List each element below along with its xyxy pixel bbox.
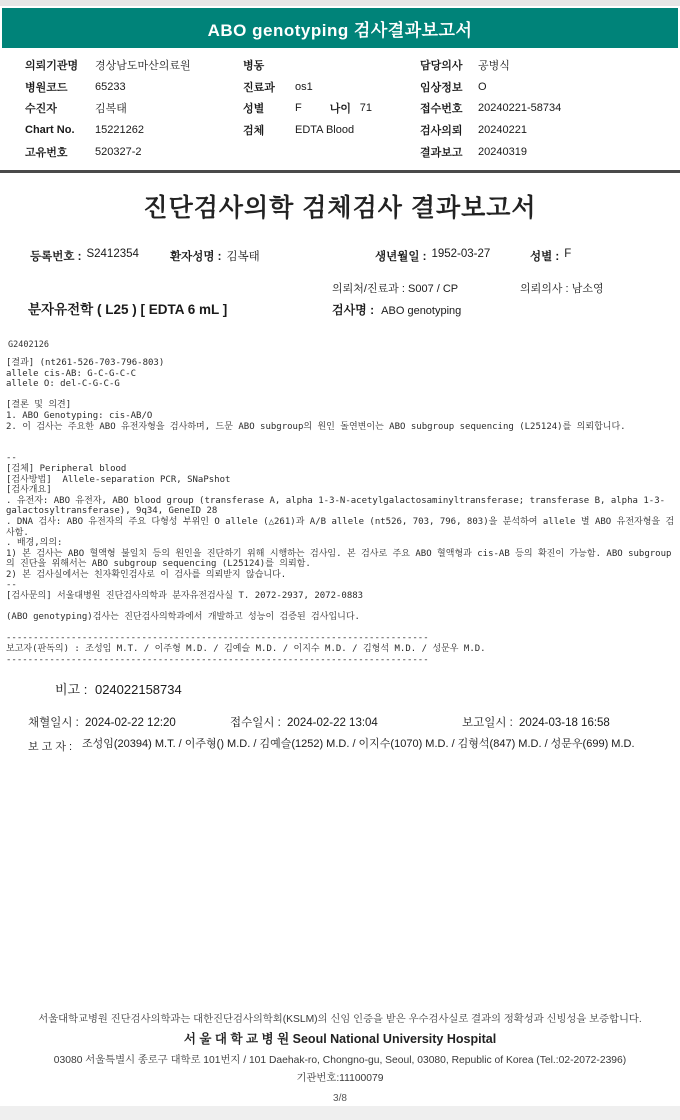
field-value: 김복태 xyxy=(95,100,127,116)
field-label: 임상정보 xyxy=(420,79,478,95)
field-value: 조성임(20394) M.T. / 이주형() M.D. / 김예슬(1252)… xyxy=(82,738,680,754)
header-divider xyxy=(0,170,680,173)
field-value: os1 xyxy=(295,81,313,93)
field-value: O xyxy=(478,81,487,93)
field-label: 병동 xyxy=(243,57,295,73)
test-name: 검사명 : ABO genotyping xyxy=(332,301,461,318)
header-col-clinical: 병동 진료과 os1 성별 F 나이 71 검체 EDTA Blood xyxy=(243,54,372,141)
bottom-strip xyxy=(0,1106,680,1120)
lab-report-page: ABO genotyping 검사결과보고서 의뢰기관명 경상남도마산의료원 병… xyxy=(0,0,680,1120)
field-label: 결과보고 xyxy=(420,144,478,160)
reporters-row: 보 고 자 : 조성임(20394) M.T. / 이주형() M.D. / 김… xyxy=(28,738,680,754)
field-label: 의뢰기관명 xyxy=(25,57,95,73)
field-label: 채혈일시 : xyxy=(28,717,79,729)
field-label: 검체 xyxy=(243,122,295,138)
field-label: 환자성명 : xyxy=(170,248,221,264)
field-value: 024022158734 xyxy=(95,682,182,697)
field-value: 20240221-58734 xyxy=(478,102,561,114)
field-label: 성별 : xyxy=(530,248,559,264)
field-label: 비고 : xyxy=(55,682,87,697)
field-label: 검사의뢰 xyxy=(420,122,478,138)
top-strip xyxy=(0,0,680,6)
report-body-text: [결과] (nt261-526-703-796-803) allele cis-… xyxy=(6,358,676,665)
hospital-name: 서 울 대 학 교 병 원 Seoul National University … xyxy=(0,1029,680,1047)
page-footer: 서울대학교병원 진단검사의학과는 대한진단검사의학회(KSLM)의 신임 인증을… xyxy=(0,1010,680,1104)
field-value: 20240221 xyxy=(478,124,527,136)
header-row: 고유번호 520327-2 xyxy=(25,141,191,163)
header-row: 담당의사 공병식 xyxy=(420,54,561,76)
header-row: 수진자 김복태 xyxy=(25,98,191,120)
dates-row: 채혈일시 : 2024-02-22 12:20 접수일시 : 2024-02-2… xyxy=(28,714,680,730)
header-col-reception: 담당의사 공병식 임상정보 O 접수번호 20240221-58734 검사의뢰… xyxy=(420,54,561,163)
header-row: 병원코드 65233 xyxy=(25,76,191,98)
field-value: 20240319 xyxy=(478,146,527,158)
field-label: 담당의사 xyxy=(420,57,478,73)
field-label: 보 고 자 : xyxy=(28,738,78,754)
field-label: 검사명 : xyxy=(332,303,374,317)
field-label: 의뢰의사 : xyxy=(520,283,569,295)
field-label: 고유번호 xyxy=(25,144,95,160)
age-value: 71 xyxy=(360,102,372,114)
field-value: F xyxy=(564,248,571,264)
field-label: 진료과 xyxy=(243,79,295,95)
field-value: EDTA Blood xyxy=(295,124,354,136)
header-row: 검체 EDTA Blood xyxy=(243,119,372,141)
hospital-address: 03080 서울특별시 종로구 대학로 101번지 / 101 Daehak-r… xyxy=(0,1051,680,1066)
field-value: 남소영 xyxy=(572,283,604,295)
header-row: 검사의뢰 20240221 xyxy=(420,119,561,141)
report-banner: ABO genotyping 검사결과보고서 xyxy=(2,8,678,48)
field-label: 등록번호 : xyxy=(30,248,81,264)
document-title: 진단검사의학 검체검사 결과보고서 xyxy=(0,188,680,224)
header-row: 의뢰기관명 경상남도마산의료원 xyxy=(25,54,191,76)
referring-doctor: 의뢰의사 : 남소영 xyxy=(520,280,604,296)
field-label: 성별 xyxy=(243,100,295,116)
collection-datetime: 채혈일시 : 2024-02-22 12:20 xyxy=(28,714,230,730)
header-col-institution: 의뢰기관명 경상남도마산의료원 병원코드 65233 수진자 김복태 Chart… xyxy=(25,54,191,163)
header-row: 병동 xyxy=(243,54,372,76)
field-label: 병원코드 xyxy=(25,79,95,95)
field-value: 2024-02-22 13:04 xyxy=(287,717,378,729)
org-number: 기관번호:11100079 xyxy=(0,1069,680,1084)
field-value: 공병식 xyxy=(478,57,510,73)
reception-datetime: 접수일시 : 2024-02-22 13:04 xyxy=(230,714,462,730)
field-value: 520327-2 xyxy=(95,146,142,158)
patient-field: 생년월일 : 1952-03-27 xyxy=(375,248,530,264)
field-value: 김복태 xyxy=(226,248,259,264)
patient-field: 등록번호 : S2412354 xyxy=(30,248,170,264)
header-row: 접수번호 20240221-58734 xyxy=(420,98,561,120)
accession-number: G2402126 xyxy=(8,340,680,350)
patient-field: 환자성명 : 김복태 xyxy=(170,248,375,264)
order-section: 분자유전학 ( L25 ) [ EDTA 6 mL ] 의뢰처/진료과 : S0… xyxy=(0,280,680,336)
field-value: 2024-03-18 16:58 xyxy=(519,717,610,729)
field-label: 의뢰처/진료과 : xyxy=(332,283,405,295)
field-value: ABO genotyping xyxy=(381,305,461,317)
field-label: 접수일시 : xyxy=(230,717,281,729)
header-row: 결과보고 20240319 xyxy=(420,141,561,163)
field-value: 1952-03-27 xyxy=(431,248,490,264)
field-value: 2024-02-22 12:20 xyxy=(85,717,176,729)
certification-statement: 서울대학교병원 진단검사의학과는 대한진단검사의학회(KSLM)의 신임 인증을… xyxy=(0,1010,680,1025)
field-value: 경상남도마산의료원 xyxy=(95,57,191,73)
panel-title: 분자유전학 ( L25 ) [ EDTA 6 mL ] xyxy=(28,298,227,318)
field-value: F xyxy=(295,102,302,114)
field-label: 생년월일 : xyxy=(375,248,426,264)
patient-info-row: 등록번호 : S2412354 환자성명 : 김복태 생년월일 : 1952-0… xyxy=(30,248,680,264)
header-row: 임상정보 O xyxy=(420,76,561,98)
referral-dept: 의뢰처/진료과 : S007 / CP xyxy=(332,280,458,296)
age-label: 나이 xyxy=(330,100,360,116)
page-number: 3/8 xyxy=(0,1093,680,1104)
field-label: 접수번호 xyxy=(420,100,478,116)
field-value: S2412354 xyxy=(86,248,138,264)
header-row: Chart No. 15221262 xyxy=(25,119,191,141)
field-label: Chart No. xyxy=(25,124,95,136)
header-row-sex-age: 성별 F 나이 71 xyxy=(243,98,372,120)
report-datetime: 보고일시 : 2024-03-18 16:58 xyxy=(462,714,610,730)
header-row: 진료과 os1 xyxy=(243,76,372,98)
field-label: 보고일시 : xyxy=(462,717,513,729)
field-value: 65233 xyxy=(95,81,126,93)
remark-row: 비고 : 024022158734 xyxy=(55,679,680,698)
field-label: 수진자 xyxy=(25,100,95,116)
banner-title: ABO genotyping 검사결과보고서 xyxy=(208,16,473,41)
header-info: 의뢰기관명 경상남도마산의료원 병원코드 65233 수진자 김복태 Chart… xyxy=(0,54,680,168)
patient-field: 성별 : F xyxy=(530,248,571,264)
field-value: S007 / CP xyxy=(408,283,458,295)
field-value: 15221262 xyxy=(95,124,144,136)
